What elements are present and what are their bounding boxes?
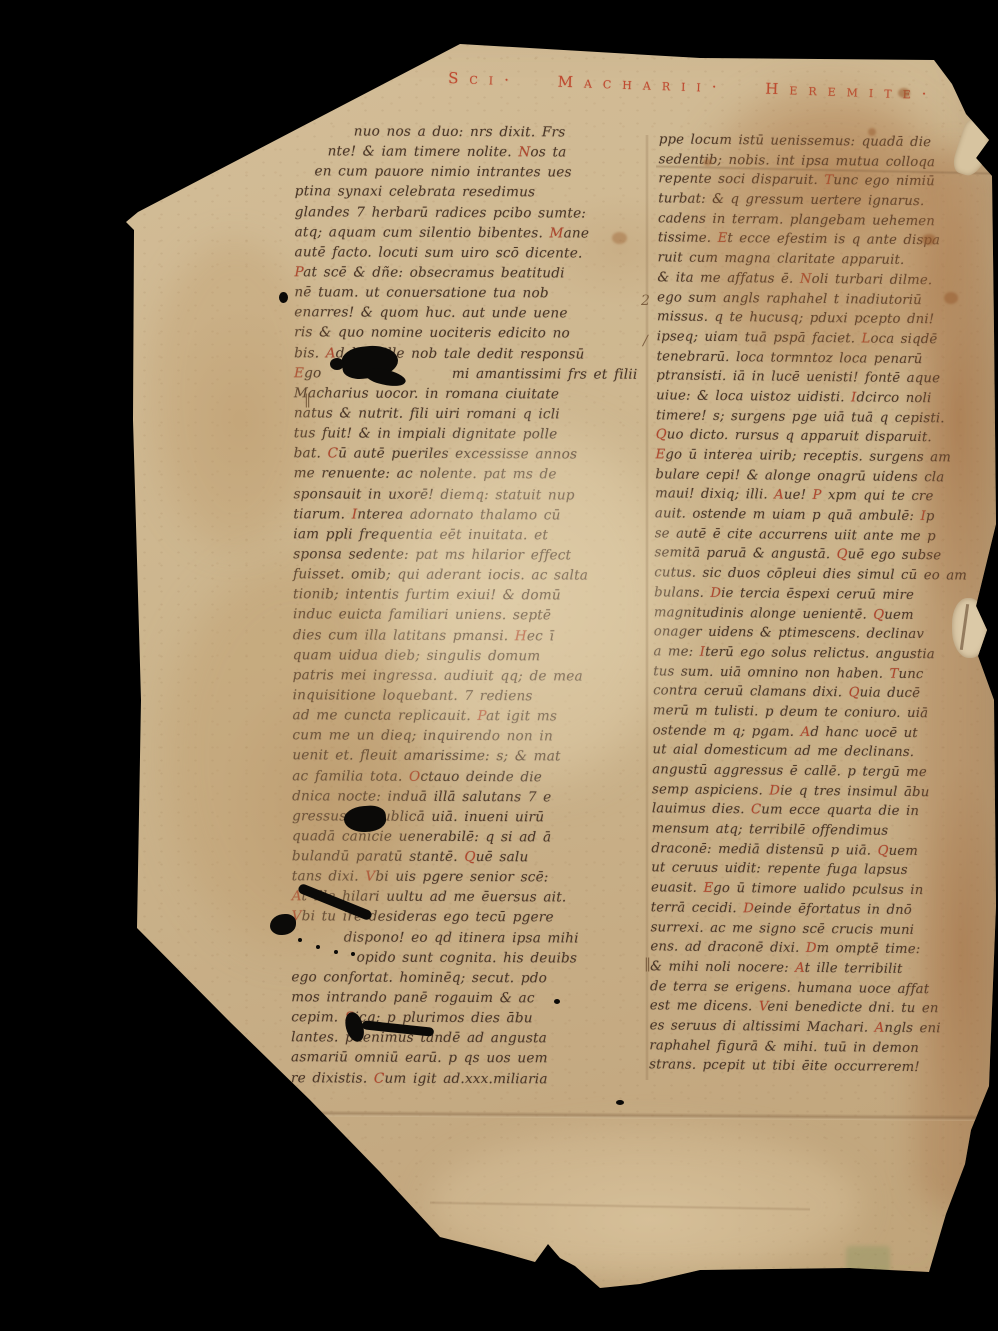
margin-mark: ‖ <box>304 392 311 408</box>
text-line: enarres! & quom huc. aut unde uene <box>294 304 650 326</box>
text-line: dnica nocte: induā illā salutans 7 e <box>292 788 648 810</box>
text-line: iam ppli frequentia eēt inuitata. et <box>293 526 649 548</box>
ink-blot <box>330 358 344 370</box>
text-line: quadā canicie uenerabilē: q si ad ā <box>292 828 648 850</box>
text-line: strans. pcepit ut tibi ēite occurrerem! <box>649 1058 979 1081</box>
text-line: sponsauit in uxorē! diemq: statuit nup <box>293 486 649 508</box>
text-line: Pat scē & dñe: obsecramus beatitudi <box>294 264 650 286</box>
ink-dot <box>334 950 338 954</box>
text-line: Vbi tu ire desideras ego tecū pgere <box>292 909 648 931</box>
text-line: tiarum. Interea adornato thalamo cū <box>293 506 649 528</box>
text-line: tans dixi. Vbi uis pgere senior scē: <box>292 868 648 890</box>
text-line: ego confortat. hominēq; secut. pdo <box>291 969 647 991</box>
tear-repair <box>952 598 988 658</box>
text-line: dies cum illa latitans pmansi. Hec ī <box>293 627 649 649</box>
margin-mark: ∕ <box>643 333 648 349</box>
text-column-right: ppe locum istū uenissemus: quadā diesede… <box>649 132 989 1080</box>
text-line: autē facto. locuti sum uiro scō dicente. <box>294 244 650 266</box>
text-line: atq; aquam cum silentio bibentes. Mane <box>295 224 651 246</box>
text-line: quam uidua dieb; singulis domum <box>293 647 649 669</box>
ink-dot <box>316 945 320 949</box>
crease <box>430 1201 810 1212</box>
text-line: bulandū paratū stantē. Quē salu <box>292 848 648 870</box>
text-line: nuo nos a duo: nrs dixit. Frs <box>295 123 651 145</box>
text-line: en cum pauore nimio intrantes ues <box>295 164 651 186</box>
text-line: ptina synaxi celebrata resedimus <box>295 184 651 206</box>
ink-spot <box>279 292 288 303</box>
text-line: re dixistis. Cum igit ad.xxx.miliaria <box>291 1070 647 1092</box>
text-line: inquisitione loquebant. 7 rediens <box>293 687 649 709</box>
text-line: cum me un dieq; inquirendo non in <box>292 727 648 749</box>
manuscript-photo: Sci· Macharii· Heremite· nuo nos a duo: … <box>0 0 998 1331</box>
ink-spot <box>554 999 560 1004</box>
ink-spot <box>616 1100 624 1105</box>
parchment-leaf: Sci· Macharii· Heremite· nuo nos a duo: … <box>0 0 998 1331</box>
ink-dot <box>298 938 302 942</box>
text-line: tionib; intentis furtim exiui! & domū <box>293 586 649 608</box>
text-line: nte! & iam timere nolite. Nos ta <box>295 143 651 165</box>
text-line: fuisset. omib; qui aderant iocis. ac sal… <box>293 566 649 588</box>
text-line: nē tuam. ut conuersatione tua nob <box>294 284 650 306</box>
text-line: glandes 7 herbarū radices pcibo sumte: <box>295 204 651 226</box>
text-line: ad me cuncta replicauit. Pat igit ms <box>292 707 648 729</box>
text-column-left: nuo nos a duo: nrs dixit. Frs nte! & iam… <box>291 123 651 1091</box>
text-line: opido sunt cognita. his deuibs <box>291 949 647 971</box>
text-line: induc euicta familiari uniens. septē <box>293 607 649 629</box>
text-line: lantes. puenimus tandē ad angusta <box>291 1030 647 1052</box>
text-line: uenit et. fleuit amarissime: s; & mat <box>292 748 648 770</box>
rubric-title: Sci· Macharii· Heremite· <box>448 69 988 105</box>
margin-mark: ‖ <box>644 956 651 972</box>
text-line: me renuente: ac nolente. pat ms de <box>294 466 650 488</box>
edge-flap <box>950 117 996 180</box>
text-line: tus fuit! & in impiali dignitate polle <box>294 425 650 447</box>
text-line: sponsa sedente: pat ms hilarior effect <box>293 546 649 568</box>
margin-mark: 2 <box>641 293 650 309</box>
text-line: ac familia tota. Octauo deinde die <box>292 768 648 790</box>
crease <box>645 135 649 1080</box>
text-line: mos intrando panē rogauim & ac <box>291 989 647 1011</box>
crease <box>138 1109 994 1121</box>
text-line: dispono! eo qd itinera ipsa mihi <box>292 929 648 951</box>
text-line: patris mei ingressa. audiuit qq; de mea <box>293 667 649 689</box>
text-line: bat. Cū autē pueriles excessisse annos <box>294 445 650 467</box>
text-line: asmariū omniū earū. p qs uos uem <box>291 1050 647 1072</box>
ink-dot <box>351 952 355 956</box>
stamp-smudge <box>846 1246 890 1274</box>
text-line: Macharius uocor. in romana ciuitate <box>294 385 650 407</box>
text-line: ris & quo nomine uociteris edicito no <box>294 325 650 347</box>
text-line: natus & nutrit. fili uiri romani q icli <box>294 405 650 427</box>
